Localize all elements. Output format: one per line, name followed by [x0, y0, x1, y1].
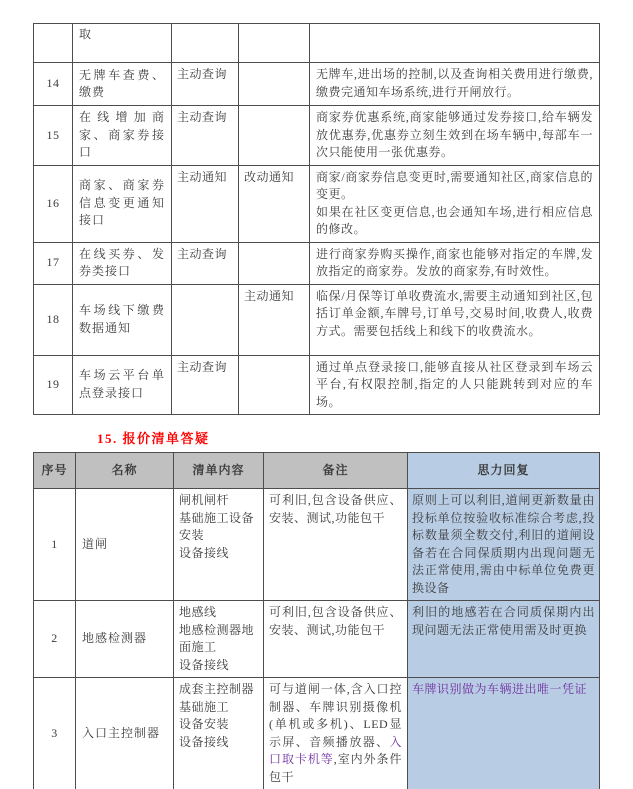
cell-name: 商家、商家券信息变更通知接口 — [73, 165, 172, 242]
cell-type2 — [239, 24, 310, 63]
cell-type1: 主动查询 — [172, 355, 239, 415]
cell-reply: 利旧的地感若在合同质保期内出现问题无法正常使用需及时更换 — [408, 601, 600, 678]
cell-remark: 可与道闸一体,含入口控制器、车牌识别摄像机(单机或多机)、LED显示屏、音频播放… — [264, 678, 408, 789]
text-run: 可利旧,包含设备供应、安装、测试,功能包干 — [269, 605, 402, 637]
cell-name: 在线增加商家、商家券接口 — [73, 106, 172, 166]
interface-row: 19车场云平台单点登录接口主动查询通过单点登录接口,能够直接从社区登录到车场云平… — [34, 355, 600, 415]
cell-reply: 原则上可以利旧,道闸更新数量由投标单位按验收标准综合考虑,投标数量须全数交付,利… — [408, 489, 600, 601]
interface-row: 14无牌车查费、缴费主动查询无牌车,进出场的控制,以及查询相关费用进行缴费,缴费… — [34, 63, 600, 106]
cell-type2: 改动通知 — [239, 165, 310, 242]
cell-no: 16 — [34, 165, 73, 242]
cell-no: 1 — [34, 489, 76, 601]
cell-remark: 可利旧,包含设备供应、安装、测试,功能包干 — [264, 489, 408, 601]
cell-name: 地感检测器 — [76, 601, 174, 678]
cell-content: 成套主控制器 基础施工 设备安装 设备接线 — [174, 678, 264, 789]
cell-name: 取 — [73, 24, 172, 63]
text-run: 可利旧,包含设备供应、安装、测试,功能包干 — [269, 493, 402, 525]
header-cell-name: 名称 — [76, 453, 174, 489]
cell-reply: 车牌识别做为车辆进出唯一凭证 — [408, 678, 600, 789]
interface-table: 取14无牌车查费、缴费主动查询无牌车,进出场的控制,以及查询相关费用进行缴费,缴… — [33, 23, 600, 415]
interface-row: 17在线买券、发券类接口主动查询进行商家券购买操作,商家也能够对指定的车牌,发放… — [34, 242, 600, 284]
quotation-table-body: 1道闸闸机闸杆 基础施工设备 安装 设备接线可利旧,包含设备供应、安装、测试,功… — [34, 489, 600, 789]
interface-row: 取 — [34, 24, 600, 63]
header-cell-reply: 思力回复 — [408, 453, 600, 489]
cell-remark: 进行商家券购买操作,商家也能够对指定的车牌,发放指定的商家券。发放的商家券,有时… — [310, 242, 600, 284]
highlighted-text: 车牌识别做为车辆进出唯一凭证 — [412, 682, 587, 696]
cell-type2 — [239, 106, 310, 166]
cell-name: 车场线下缴费数据通知 — [73, 284, 172, 355]
cell-no: 19 — [34, 355, 73, 415]
cell-remark: 通过单点登录接口,能够直接从社区登录到车场云平台,有权限控制,指定的人只能跳转到… — [310, 355, 600, 415]
cell-content: 地感线 地感检测器地面施工 设备接线 — [174, 601, 264, 678]
cell-remark: 可利旧,包含设备供应、安装、测试,功能包干 — [264, 601, 408, 678]
cell-no — [34, 24, 73, 63]
cell-type1: 主动查询 — [172, 106, 239, 166]
cell-name: 道闸 — [76, 489, 174, 601]
cell-type1: 主动查询 — [172, 63, 239, 106]
cell-type1: 主动查询 — [172, 242, 239, 284]
cell-type2 — [239, 355, 310, 415]
cell-no: 14 — [34, 63, 73, 106]
text-run: 原则上可以利旧,道闸更新数量由投标单位按验收标准综合考虑,投标数量须全数交付,利… — [412, 493, 595, 595]
quotation-row: 3入口主控制器成套主控制器 基础施工 设备安装 设备接线可与道闸一体,含入口控制… — [34, 678, 600, 789]
cell-remark: 临保/月保等订单收费流水,需要主动通知到社区,包括订单金额,车牌号,订单号,交易… — [310, 284, 600, 355]
interface-table-body: 取14无牌车查费、缴费主动查询无牌车,进出场的控制,以及查询相关费用进行缴费,缴… — [34, 24, 600, 415]
cell-no: 3 — [34, 678, 76, 789]
quotation-row: 1道闸闸机闸杆 基础施工设备 安装 设备接线可利旧,包含设备供应、安装、测试,功… — [34, 489, 600, 601]
cell-name: 车场云平台单点登录接口 — [73, 355, 172, 415]
header-cell-remark: 备注 — [264, 453, 408, 489]
interface-row: 15在线增加商家、商家券接口主动查询商家券优惠系统,商家能够通过发券接口,给车辆… — [34, 106, 600, 166]
cell-name: 无牌车查费、缴费 — [73, 63, 172, 106]
cell-type1 — [172, 284, 239, 355]
quotation-header-row: 序号 名称 清单内容 备注 思力回复 — [34, 453, 600, 489]
header-cell-no: 序号 — [34, 453, 76, 489]
cell-type1: 主动通知 — [172, 165, 239, 242]
cell-type1 — [172, 24, 239, 63]
text-run: 利旧的地感若在合同质保期内出现问题无法正常使用需及时更换 — [412, 605, 595, 637]
cell-type2: 主动通知 — [239, 284, 310, 355]
cell-type2 — [239, 242, 310, 284]
document-page: 取14无牌车查费、缴费主动查询无牌车,进出场的控制,以及查询相关费用进行缴费,缴… — [0, 0, 633, 789]
cell-remark: 商家/商家券信息变更时,需要通知社区,商家信息的变更。 如果在社区变更信息,也会… — [310, 165, 600, 242]
interface-row: 18车场线下缴费数据通知主动通知临保/月保等订单收费流水,需要主动通知到社区,包… — [34, 284, 600, 355]
cell-content: 闸机闸杆 基础施工设备 安装 设备接线 — [174, 489, 264, 601]
cell-remark: 无牌车,进出场的控制,以及查询相关费用进行缴费,缴费完通知车场系统,进行开闸放行… — [310, 63, 600, 106]
quotation-row: 2地感检测器地感线 地感检测器地面施工 设备接线可利旧,包含设备供应、安装、测试… — [34, 601, 600, 678]
cell-remark — [310, 24, 600, 63]
interface-row: 16商家、商家券信息变更通知接口主动通知改动通知商家/商家券信息变更时,需要通知… — [34, 165, 600, 242]
cell-no: 17 — [34, 242, 73, 284]
cell-name: 入口主控制器 — [76, 678, 174, 789]
text-run: 可与道闸一体,含入口控制器、车牌识别摄像机(单机或多机)、LED显示屏、音频播放… — [269, 682, 402, 749]
cell-no: 18 — [34, 284, 73, 355]
section-title: 15. 报价清单答疑 — [97, 428, 210, 447]
cell-remark: 商家券优惠系统,商家能够通过发券接口,给车辆发放优惠券,优惠券立刻生效到在场车辆… — [310, 106, 600, 166]
cell-no: 15 — [34, 106, 73, 166]
cell-no: 2 — [34, 601, 76, 678]
cell-name: 在线买券、发券类接口 — [73, 242, 172, 284]
quotation-table: 序号 名称 清单内容 备注 思力回复 1道闸闸机闸杆 基础施工设备 安装 设备接… — [33, 452, 600, 789]
cell-type2 — [239, 63, 310, 106]
header-cell-content: 清单内容 — [174, 453, 264, 489]
